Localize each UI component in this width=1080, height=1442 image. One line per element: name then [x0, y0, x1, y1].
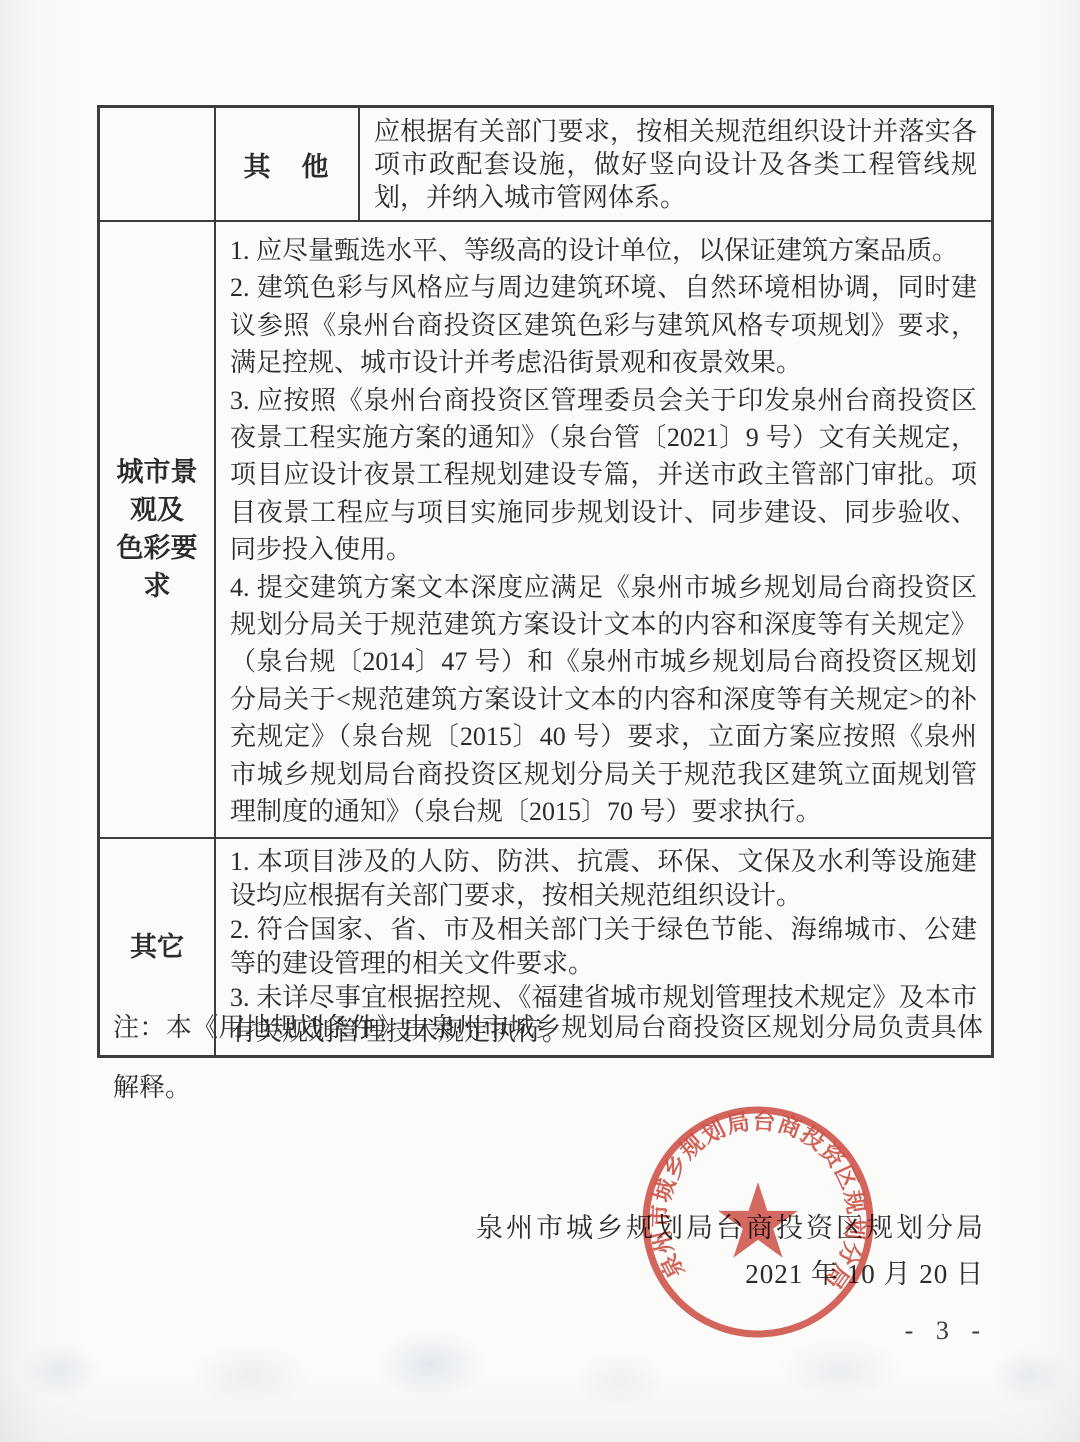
list-item: 1. 本项目涉及的人防、防洪、抗震、环保、文保及水利等设施建设均应根据有关部门要…	[230, 845, 977, 913]
table-cell-subheader-other: 其 他	[214, 108, 358, 220]
paragraph: 应根据有关部门要求，按相关规范组织设计并落实各项市政配套设施，做好竖向设计及各类…	[374, 115, 977, 214]
list-item: 4. 提交建筑方案文本深度应满足《泉州市城乡规划局台商投资区规划分局关于规范建筑…	[230, 569, 977, 831]
table-row-other-municipal: 其 他 应根据有关部门要求，按相关规范组织设计并落实各项市政配套设施，做好竖向设…	[100, 108, 991, 220]
list-item: 1. 应尽量甄选水平、等级高的设计单位，以保证建筑方案品质。	[230, 232, 977, 269]
list-item: 3. 应按照《泉州台商投资区管理委员会关于印发泉州台商投资区夜景工程实施方案的通…	[230, 382, 977, 569]
planning-conditions-table: 其 他 应根据有关部门要求，按相关规范组织设计并落实各项市政配套设施，做好竖向设…	[97, 105, 994, 1058]
table-cell-header-cityscape: 城市景 观及 色彩要 求	[100, 222, 214, 837]
star-icon	[718, 1182, 798, 1258]
list-item: 2. 建筑色彩与风格应与周边建筑环境、自然环境相协调，同时建议参照《泉州台商投资…	[230, 269, 977, 381]
table-cell-empty-category	[100, 108, 214, 220]
table-cell-other-content: 应根据有关部门要求，按相关规范组织设计并落实各项市政配套设施，做好竖向设计及各类…	[358, 108, 991, 220]
list-item: 2. 符合国家、省、市及相关部门关于绿色节能、海绵城市、公建等的建设管理的相关文…	[230, 913, 977, 981]
official-seal-stamp: 泉州市城乡规划局台商投资区规划分局	[636, 1100, 880, 1344]
table-cell-cityscape-content: 1. 应尽量甄选水平、等级高的设计单位，以保证建筑方案品质。 2. 建筑色彩与风…	[214, 222, 991, 837]
table-row-cityscape-color: 城市景 观及 色彩要 求 1. 应尽量甄选水平、等级高的设计单位，以保证建筑方案…	[100, 220, 991, 837]
page-number: - 3 -	[905, 1316, 988, 1346]
